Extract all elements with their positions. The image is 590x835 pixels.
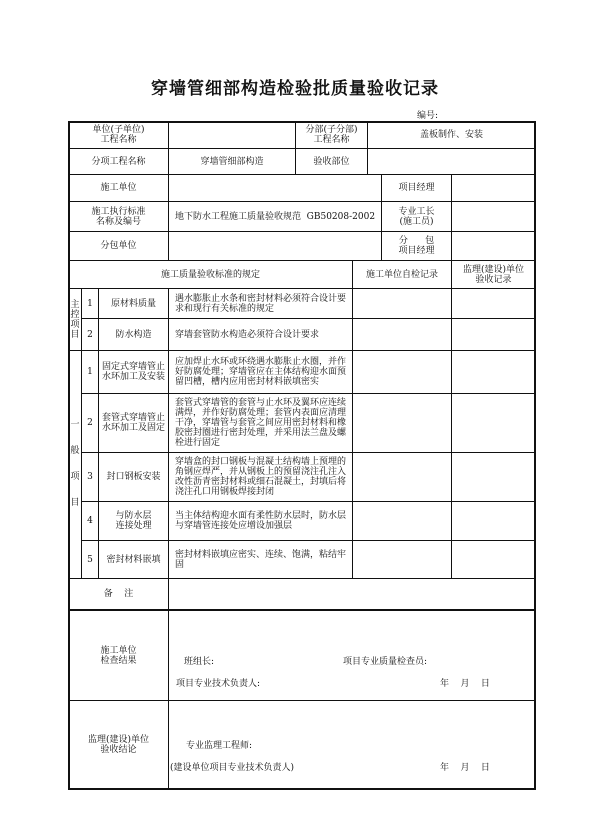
general-item-1-name: 固定式穿墙管止水环加工及安装 <box>98 350 169 394</box>
main-item-1-supervisor[interactable] <box>451 288 536 319</box>
general-item-2-self-check[interactable] <box>352 393 452 453</box>
general-item-4-requirement: 当主体结构迎水面有柔性防水层时，防水层与穿墙管连接处应增设加强层 <box>168 501 353 541</box>
quality-inspector-label: 项目专业质量检查员: <box>343 657 427 667</box>
general-group-label: 一 般 项 目 <box>68 350 82 579</box>
general-item-5-name: 密封材料嵌填 <box>98 540 169 579</box>
subitem-name-value[interactable]: 穿墙管细部构造 <box>168 148 296 175</box>
division-name-label: 分部(子分部) 工程名称 <box>295 121 368 149</box>
main-item-2-number: 2 <box>81 318 99 351</box>
main-item-1-name: 原材料质量 <box>98 288 169 319</box>
contractor-date: 年 月 日 <box>440 679 490 689</box>
general-item-4-self-check[interactable] <box>352 501 452 541</box>
standard-label: 施工执行标准 名称及编号 <box>68 201 169 232</box>
general-item-1-number: 1 <box>81 350 99 394</box>
general-item-3-supervisor[interactable] <box>451 452 536 502</box>
standard-column-header: 施工质量验收标准的规定 <box>68 260 353 289</box>
general-item-3-number: 3 <box>81 452 99 502</box>
main-item-2-requirement: 穿墙套管防水构造必须符合设计要求 <box>168 318 353 351</box>
subitem-name-label: 分项工程名称 <box>68 148 169 175</box>
main-item-1-self-check[interactable] <box>352 288 452 319</box>
page-title: 穿墙管细部构造检验批质量验收记录 <box>0 74 590 99</box>
general-item-2-name: 套管式穿墙管止水环加工及固定 <box>98 393 169 453</box>
general-item-4-number: 4 <box>81 501 99 541</box>
general-item-5-requirement: 密封材料嵌填应密实、连续、饱满，粘结牢固 <box>168 540 353 579</box>
contractor-label: 施工单位 <box>68 174 169 202</box>
general-item-5-number: 5 <box>81 540 99 579</box>
general-item-4-supervisor[interactable] <box>451 501 536 541</box>
main-item-2-name: 防水构造 <box>98 318 169 351</box>
general-item-3-name: 封口钢板安装 <box>98 452 169 502</box>
remarks-value[interactable] <box>168 578 536 610</box>
supervisor-date: 年 月 日 <box>440 763 490 773</box>
general-item-3-requirement: 穿墙盒的封口钢板与混凝土结构墙上预埋的角钢应焊严，并从钢板上的预留浇注孔注入改性… <box>168 452 353 502</box>
sub-project-manager-label: 分 包 项目经理 <box>381 231 452 261</box>
main-item-2-supervisor[interactable] <box>451 318 536 351</box>
main-item-1-requirement: 遇水膨胀止水条和密封材料必须符合设计要求和现行有关标准的规定 <box>168 288 353 319</box>
serial-number-label: 编号: <box>417 108 438 121</box>
subcontractor-value[interactable] <box>168 231 382 261</box>
general-item-2-number: 2 <box>81 393 99 453</box>
unit-name-value[interactable] <box>168 121 296 149</box>
division-name-value[interactable]: 盖板制作、安装 <box>367 121 536 149</box>
subcontractor-label: 分包单位 <box>68 231 169 261</box>
general-item-3-self-check[interactable] <box>352 452 452 502</box>
project-manager-value[interactable] <box>451 174 536 202</box>
team-leader-label: 班组长: <box>184 657 214 667</box>
main-item-2-self-check[interactable] <box>352 318 452 351</box>
supervising-engineer-label: 专业监理工程师: <box>186 741 252 751</box>
foreman-value[interactable] <box>451 201 536 232</box>
standard-value[interactable]: 地下防水工程施工质量验收规范 GB50208-2002 <box>168 201 382 232</box>
acceptance-part-label: 验收部位 <box>295 148 368 175</box>
general-item-2-requirement: 套管式穿墙管的套管与止水环及翼环应连续满焊，并作好防腐处理；套管内表面应清理干净… <box>168 393 353 453</box>
project-manager-label: 项目经理 <box>381 174 452 202</box>
remarks-label: 备 注 <box>68 578 169 610</box>
general-item-4-name: 与防水层 连接处理 <box>98 501 169 541</box>
owner-representative-label: (建设单位项目专业技术负责人) <box>170 763 294 773</box>
acceptance-part-value[interactable] <box>367 148 536 175</box>
contractor-value[interactable] <box>168 174 382 202</box>
supervisor-result-label: 监理(建设)单位 验收结论 <box>68 700 169 790</box>
general-item-5-self-check[interactable] <box>352 540 452 579</box>
foreman-label: 专业工长 (施工员) <box>381 201 452 232</box>
main-item-1-number: 1 <box>81 288 99 319</box>
general-item-2-supervisor[interactable] <box>451 393 536 453</box>
sub-project-manager-value[interactable] <box>451 231 536 261</box>
general-item-1-requirement: 应加焊止水环或环绕遇水膨胀止水圈，并作好防腐处理；穿墙管应在主体结构迎水面预留凹… <box>168 350 353 394</box>
supervisor-column-header: 监理(建设)单位 验收记录 <box>451 260 536 289</box>
general-item-1-supervisor[interactable] <box>451 350 536 394</box>
self-check-column-header: 施工单位自检记录 <box>352 260 452 289</box>
unit-name-label: 单位(子单位) 工程名称 <box>68 121 169 149</box>
general-item-1-self-check[interactable] <box>352 350 452 394</box>
main-control-group-label: 主 控 项 目 <box>68 288 82 351</box>
contractor-result-label: 施工单位 检查结果 <box>68 609 169 701</box>
general-item-5-supervisor[interactable] <box>451 540 536 579</box>
tech-lead-label: 项目专业技术负责人: <box>176 679 260 689</box>
